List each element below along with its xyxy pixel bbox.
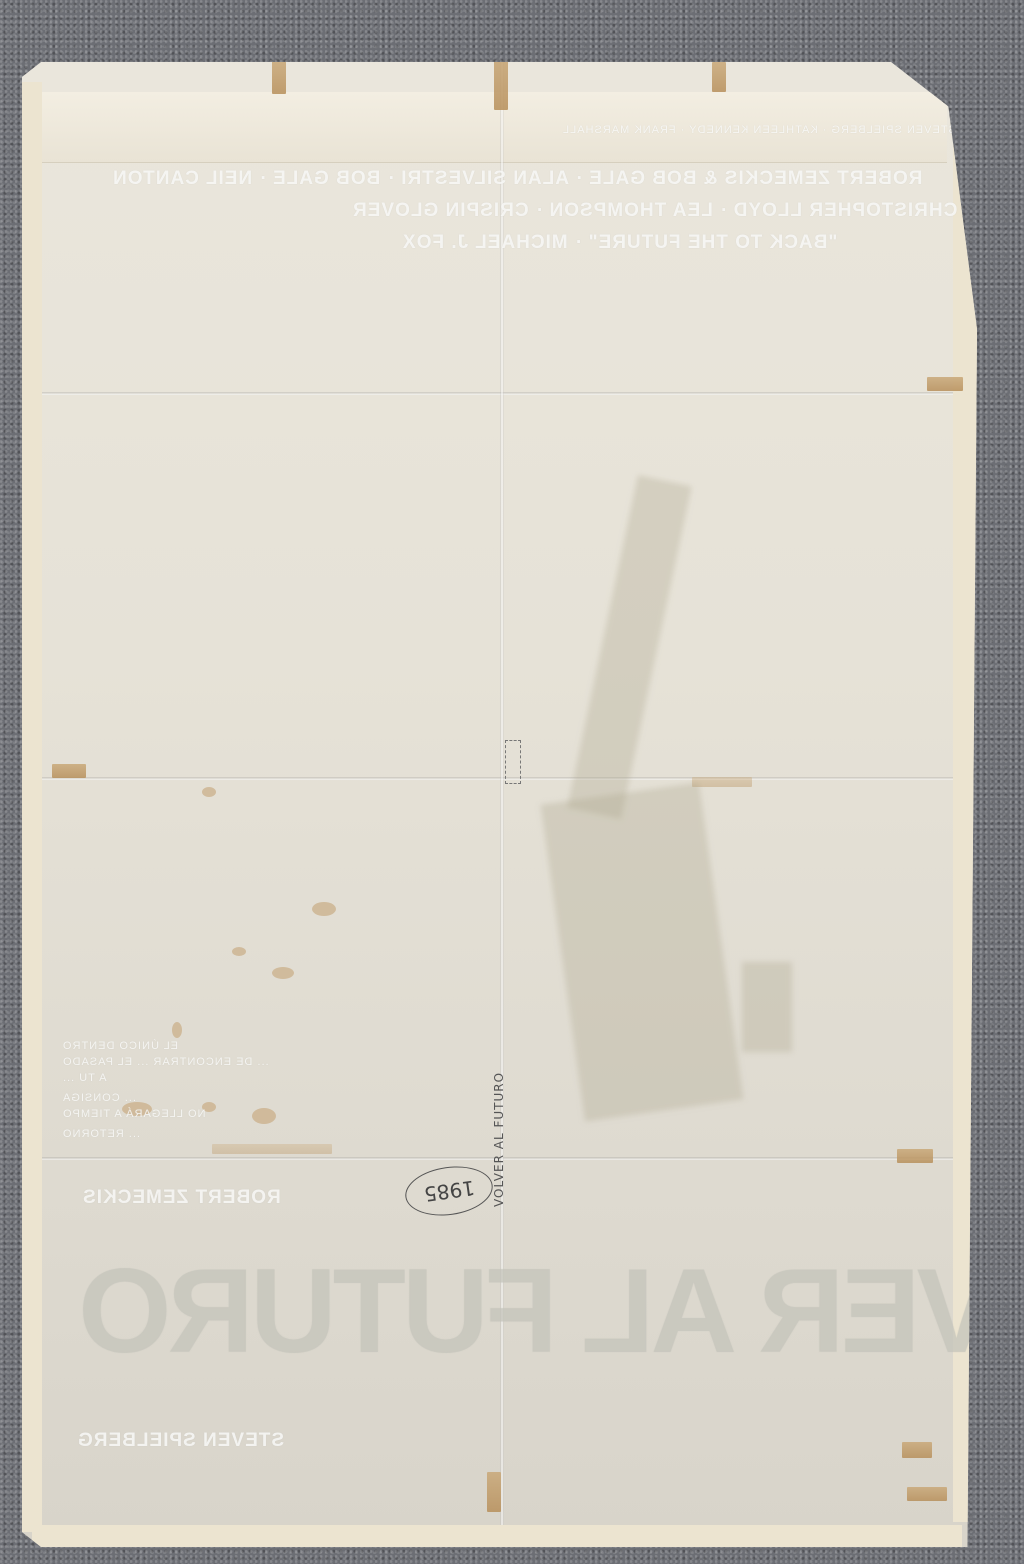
ghost-credit-top: STEVEN SPIELBERG · KATHLEEN KENNEDY · FR…: [562, 124, 956, 136]
year-text: 1985: [422, 1176, 476, 1207]
ghost-tagline: ... DE ENCONTRAR ... EL PASADO: [62, 1056, 269, 1068]
bottom-edge-strip: [32, 1525, 962, 1547]
ghost-producer: STEVEN SPIELBERG: [77, 1430, 284, 1452]
tape-piece: [52, 764, 86, 778]
pencil-mark: [505, 740, 521, 784]
stain-spot: [252, 1108, 276, 1124]
ghost-tagline: NO LLEGARÁ A TIEMPO: [62, 1108, 206, 1120]
stain-spot: [202, 787, 216, 797]
tape-piece: [212, 1144, 332, 1154]
tape-piece: [494, 48, 508, 110]
stain-spot: [312, 902, 336, 916]
tape-piece: [907, 1487, 947, 1501]
tape-piece: [902, 1442, 932, 1458]
bleed-through-figure: [541, 782, 744, 1121]
ghost-credit-line: CHRISTOPHER LLOYD · LEA THOMPSON · CRISP…: [352, 200, 957, 222]
tape-piece: [927, 377, 963, 391]
bleed-through-figure: [567, 475, 691, 819]
left-edge-strip: [22, 82, 42, 1532]
stain-spot: [172, 1022, 182, 1038]
tape-piece: [897, 1149, 933, 1163]
ghost-credit-line: "BACK TO THE FUTURE" · MICHAEL J. FOX: [402, 232, 837, 254]
carpet-background: [0, 0, 1, 1]
bleed-through-figure: [742, 962, 792, 1052]
tape-piece: [692, 777, 752, 787]
ghost-title: VOLVER AL FUTURO: [82, 1242, 1024, 1380]
stain-spot: [232, 947, 246, 956]
ghost-tagline: EL ÚNICO DENTRO: [62, 1040, 178, 1052]
ghost-tagline: ... CONSIGA: [62, 1092, 136, 1104]
ghost-director: ROBERT ZEMECKIS: [82, 1187, 281, 1209]
poster-back: STEVEN SPIELBERG · KATHLEEN KENNEDY · FR…: [22, 62, 977, 1547]
tape-piece: [712, 62, 726, 92]
tape-piece: [272, 60, 286, 94]
stain-spot: [272, 967, 294, 979]
circled-year-annotation: 1985: [402, 1161, 496, 1221]
ghost-tagline: ... RETORNO: [62, 1128, 140, 1140]
ghost-credit-line: ROBERT ZEMECKIS & BOB GALE · ALAN SILVES…: [112, 168, 922, 190]
ghost-tagline: A TU ...: [62, 1072, 106, 1084]
tape-piece: [487, 1472, 501, 1512]
handwritten-title-annotation: VOLVER AL FUTURO: [492, 1072, 506, 1207]
